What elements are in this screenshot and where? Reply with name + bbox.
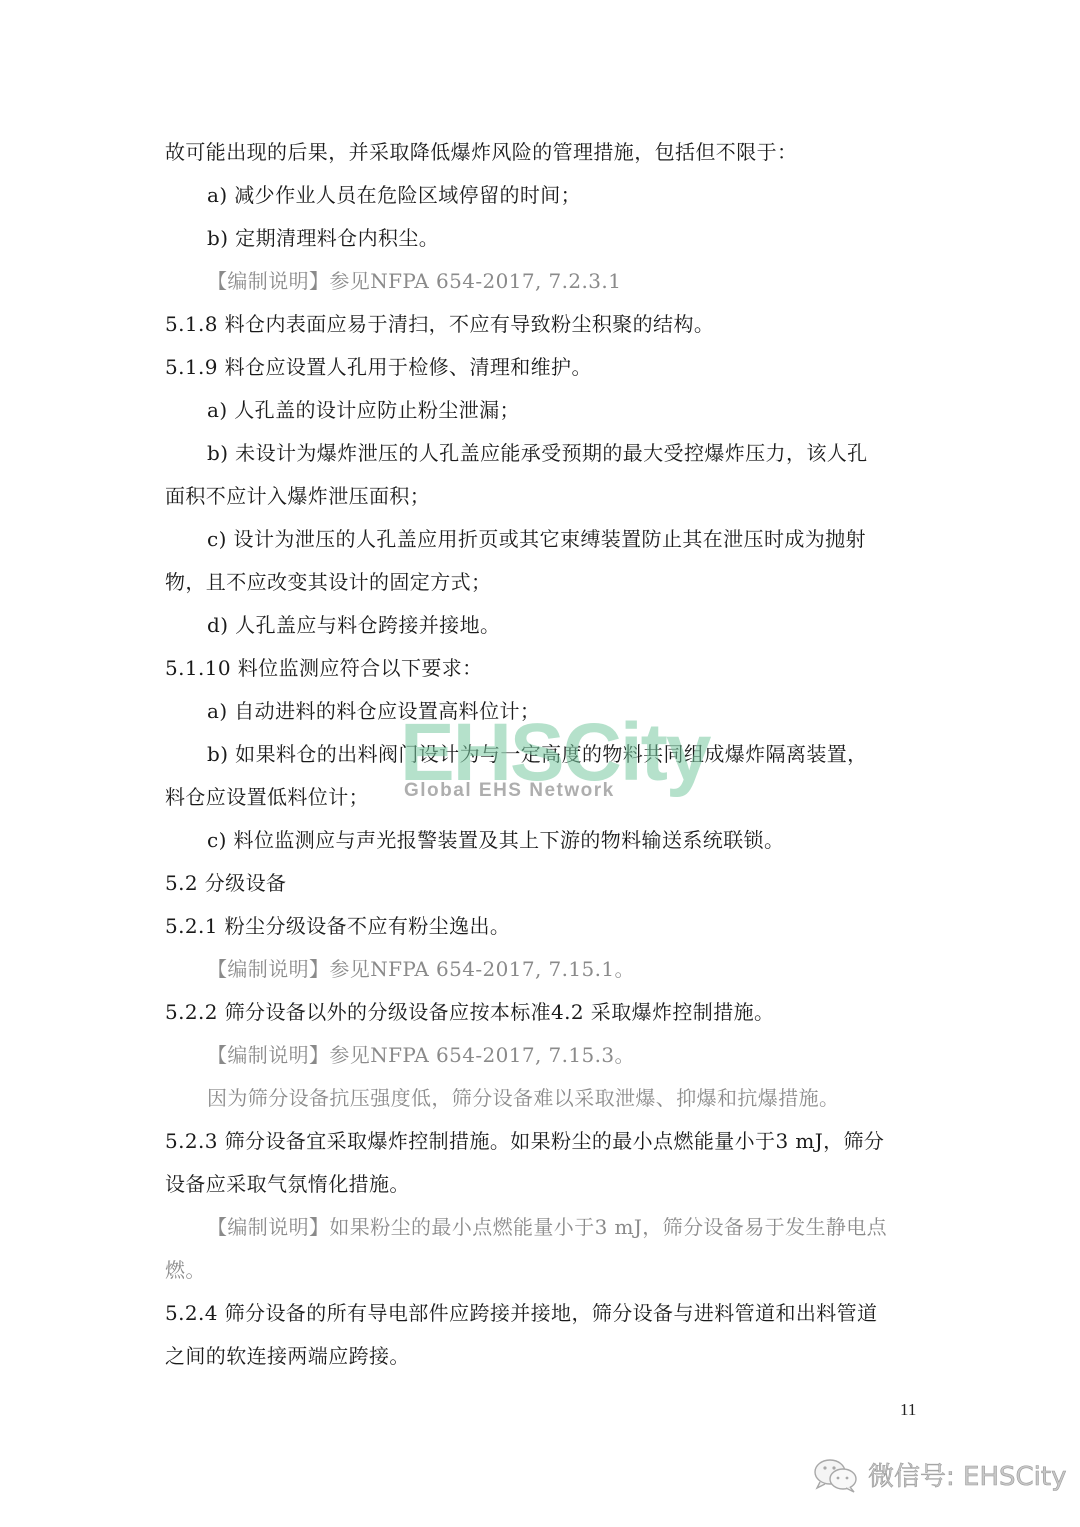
wechat-icon: [812, 1457, 860, 1493]
clause-5-1-8: 5.1.8 料仓内表面应易于清扫，不应有导致粉尘积聚的结构。: [165, 312, 925, 336]
clause-5-1-10: 5.1.10 料位监测应符合以下要求：: [165, 656, 925, 680]
compilation-note: 【编制说明】参见NFPA 654-2017, 7.2.3.1: [207, 269, 967, 293]
clause-5-2-2: 5.2.2 筛分设备以外的分级设备应按本标准4.2 采取爆炸控制措施。: [165, 1000, 925, 1024]
clause-5-2-4: 5.2.4 筛分设备的所有导电部件应跨接并接地，筛分设备与进料管道和出料管道: [165, 1301, 925, 1325]
compilation-note: 燃。: [165, 1258, 925, 1282]
list-item: d) 人孔盖应与料仓跨接并接地。: [207, 613, 967, 637]
list-item: a) 减少作业人员在危险区域停留的时间；: [207, 183, 967, 207]
body-text: 设备应采取气氛惰化措施。: [165, 1172, 925, 1196]
document-page: 故可能出现的后果，并采取降低爆炸风险的管理措施，包括但不限于： a) 减少作业人…: [0, 0, 1080, 1527]
clause-5-1-9: 5.1.9 料仓应设置人孔用于检修、清理和维护。: [165, 355, 925, 379]
section-heading-5-2: 5.2 分级设备: [165, 871, 925, 895]
list-item: b) 如果料仓的出料阀门设计为与一定高度的物料共同组成爆炸隔离装置，: [207, 742, 967, 766]
body-text: 故可能出现的后果，并采取降低爆炸风险的管理措施，包括但不限于：: [165, 140, 925, 164]
page-number: 11: [900, 1400, 916, 1420]
list-item: c) 设计为泄压的人孔盖应用折页或其它束缚装置防止其在泄压时成为抛射: [207, 527, 967, 551]
compilation-note: 【编制说明】如果粉尘的最小点燃能量小于3 mJ，筛分设备易于发生静电点: [207, 1215, 967, 1239]
body-text: 之间的软连接两端应跨接。: [165, 1344, 925, 1368]
list-item: a) 人孔盖的设计应防止粉尘泄漏；: [207, 398, 967, 422]
wechat-footer-watermark: 微信号: EHSCity: [812, 1456, 1066, 1493]
compilation-note: 【编制说明】参见NFPA 654-2017, 7.15.3。: [207, 1043, 967, 1067]
clause-5-2-1: 5.2.1 粉尘分级设备不应有粉尘逸出。: [165, 914, 925, 938]
list-item: c) 料位监测应与声光报警装置及其上下游的物料输送系统联锁。: [207, 828, 967, 852]
body-text: 面积不应计入爆炸泄压面积；: [165, 484, 925, 508]
compilation-note: 【编制说明】参见NFPA 654-2017, 7.15.1。: [207, 957, 967, 981]
wechat-id-text: 微信号: EHSCity: [868, 1456, 1066, 1493]
clause-5-2-3: 5.2.3 筛分设备宜采取爆炸控制措施。如果粉尘的最小点燃能量小于3 mJ，筛分: [165, 1129, 925, 1153]
body-text: 物，且不应改变其设计的固定方式；: [165, 570, 925, 594]
compilation-note: 因为筛分设备抗压强度低，筛分设备难以采取泄爆、抑爆和抗爆措施。: [207, 1086, 967, 1110]
list-item: b) 未设计为爆炸泄压的人孔盖应能承受预期的最大受控爆炸压力，该人孔: [207, 441, 967, 465]
body-text: 料仓应设置低料位计；: [165, 785, 925, 809]
list-item: b) 定期清理料仓内积尘。: [207, 226, 967, 250]
list-item: a) 自动进料的料仓应设置高料位计；: [207, 699, 967, 723]
